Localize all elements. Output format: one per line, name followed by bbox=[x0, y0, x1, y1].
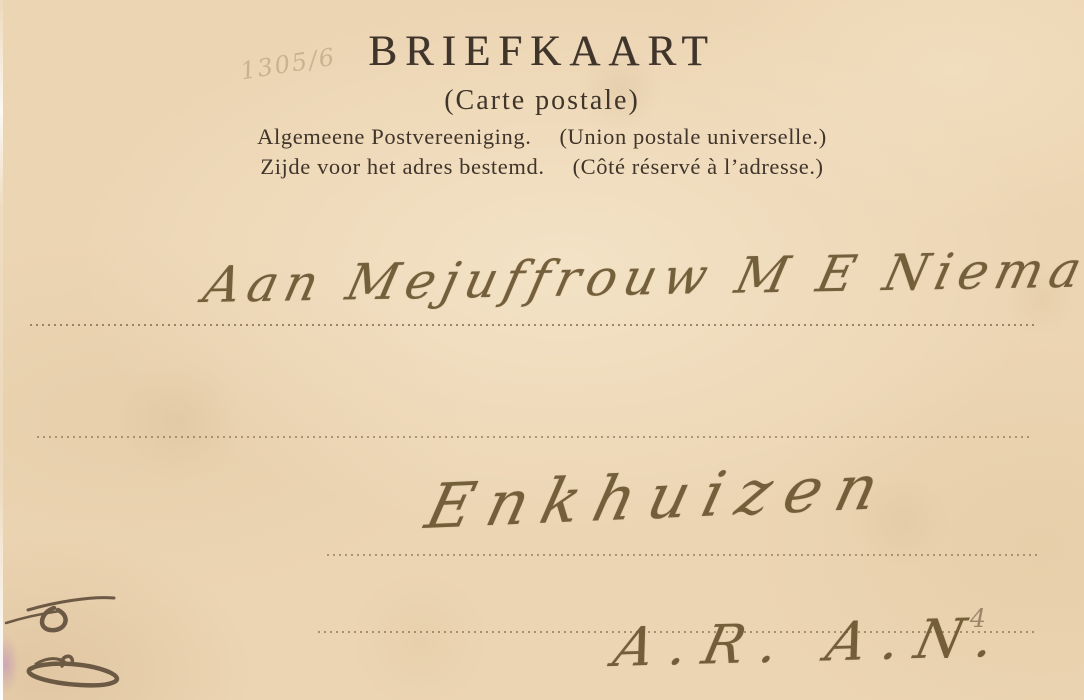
handwritten-addressee: Aan Mejuffrouw M E Nieman bbox=[198, 240, 1084, 314]
handwritten-initials: A.R. A.N. bbox=[608, 606, 1017, 679]
ink-slash-1 bbox=[28, 598, 114, 610]
address-dotted-line-2 bbox=[37, 436, 1030, 438]
ink-scribble-marks bbox=[0, 583, 150, 700]
postal-union-french: (Union postale universelle.) bbox=[559, 124, 826, 149]
postal-union-line: Algemeene Postvereeniging.(Union postale… bbox=[0, 124, 1084, 150]
ink-slash-2 bbox=[6, 611, 60, 623]
postcard-scan: 1305/6 BRIEFKAART (Carte postale) Algeme… bbox=[0, 0, 1084, 700]
ink-loop-2 bbox=[29, 664, 117, 686]
address-dotted-line-3 bbox=[327, 554, 1037, 556]
handwritten-city: Enkhuizen bbox=[419, 450, 900, 543]
postcard-title: BRIEFKAART bbox=[0, 27, 1084, 76]
address-side-dutch: Zijde voor het adres bestemd. bbox=[260, 154, 544, 179]
address-side-french: (Côté réservé à l’adresse.) bbox=[573, 154, 824, 179]
address-side-line: Zijde voor het adres bestemd.(Côté réser… bbox=[0, 154, 1084, 180]
postcard-subtitle: (Carte postale) bbox=[0, 85, 1084, 117]
pencil-annotation-bottomright: 4 bbox=[970, 604, 986, 633]
address-dotted-line-1 bbox=[30, 324, 1036, 326]
postal-union-dutch: Algemeene Postvereeniging. bbox=[257, 124, 531, 149]
